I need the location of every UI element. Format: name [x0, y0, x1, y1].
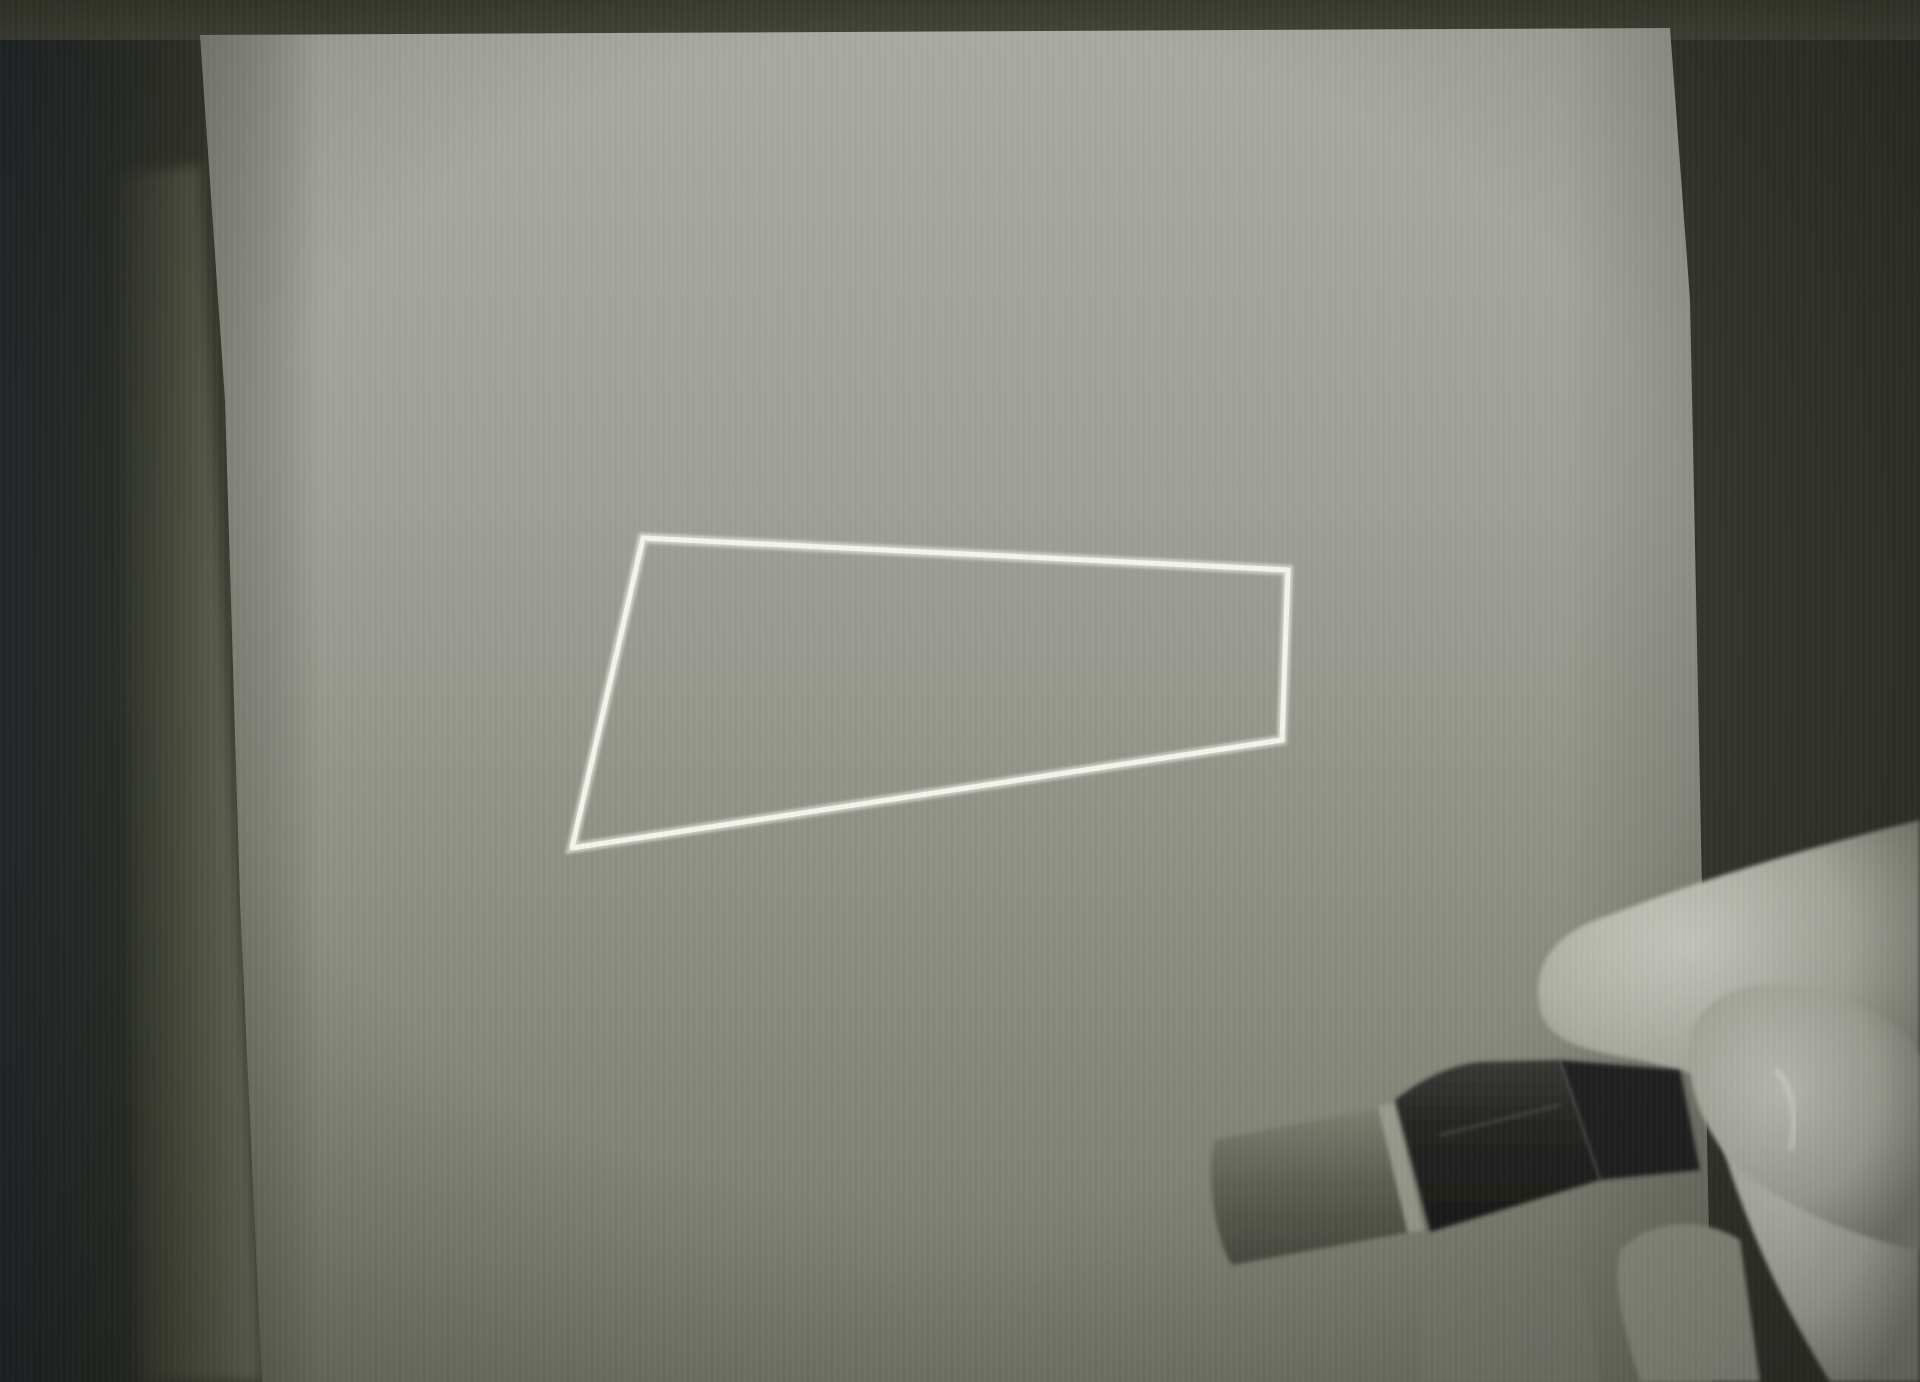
scene-drawing [0, 0, 1920, 1382]
photo-scene [0, 0, 1920, 1382]
thumb [1689, 984, 1920, 1250]
